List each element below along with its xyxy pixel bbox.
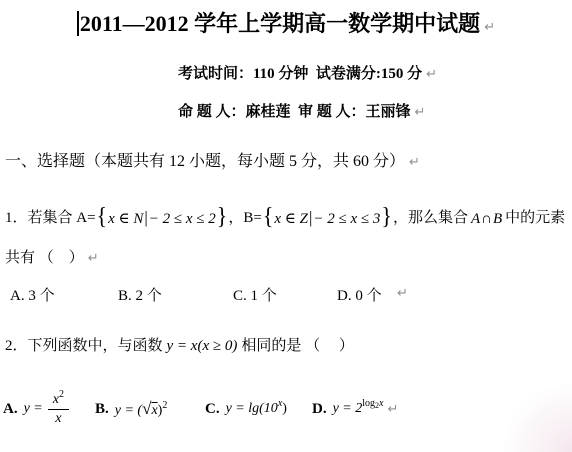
brace-open: { <box>262 201 275 230</box>
q2-option-a-pre: y = <box>24 401 43 417</box>
q1-options-row: A. 3 个 B. 2 个 C. 1 个 D. 0 个 ↵ <box>0 284 572 306</box>
num-exponent: 2 <box>59 389 64 400</box>
q1-option-a: A. 3 个 <box>10 284 55 305</box>
q2-option-c: C. y = lg(10x) <box>205 380 287 438</box>
q1-intersection-formula: A∩B <box>471 211 502 228</box>
q2-option-a-fraction: x2 x <box>48 391 69 427</box>
paragraph-mark-icon: ↵ <box>409 155 420 170</box>
q1-set-a-cond: − 2 ≤ x ≤ 2 <box>149 211 216 227</box>
q1-set-b: {x ∈ Z|− 2 ≤ x ≤ 3} <box>262 203 393 229</box>
paragraph-mark-icon: ↵ <box>88 251 99 266</box>
question-1-line-2: 共有 （ ）↵ <box>5 246 99 267</box>
q1-lead: 1．若集合 A= <box>5 206 96 227</box>
log-function: log <box>362 398 375 409</box>
brace-close: } <box>380 201 393 230</box>
formula-pre: y = ( <box>115 403 142 418</box>
q1-option-d: D. 0 个 <box>337 284 382 305</box>
page-title: 2011—2012 学年上学期高一数学期中试题 <box>80 11 480 36</box>
q2-options-row: A. y = x2 x B. y = (√x)2 C. y = lg(10x) … <box>0 380 572 438</box>
section-heading-line: 一、选择题（本题共有 12 小题，每小题 5 分，共 60 分）↵ <box>5 148 420 171</box>
paragraph-mark-icon: ↵ <box>484 20 495 35</box>
q1-tail: 中的元素 <box>505 206 565 227</box>
q1-inter-b: B <box>493 211 502 227</box>
fraction-denominator: x <box>48 409 69 427</box>
formula-close: ) <box>282 401 287 416</box>
q2-tail: 相同的是 （ ） <box>241 334 354 355</box>
q2-option-c-formula: y = lg(10x) <box>226 401 287 417</box>
brace-close: } <box>216 201 229 230</box>
q1-set-b-body: x ∈ Z <box>274 211 308 227</box>
q2-option-a-label: A. <box>3 401 18 418</box>
question-1-line-1: 1．若集合 A={x ∈ N|− 2 ≤ x ≤ 2}，B={x ∈ Z|− 2… <box>5 198 570 234</box>
q1-option-c: C. 1 个 <box>233 284 277 305</box>
q1-inter-a: A <box>471 211 480 227</box>
exam-info-line: 考试时间：110 分钟 试卷满分:150 分↵ <box>178 62 437 83</box>
q2-option-b: B. y = (√x)2 <box>95 380 167 438</box>
question-2-line: 2．下列函数中，与函数 y = x(x ≥ 0) 相同的是 （ ） <box>5 328 354 360</box>
q1-after: ，那么集合 <box>393 206 468 227</box>
exponent: 2 <box>162 400 167 411</box>
exam-info-text: 考试时间：110 分钟 试卷满分:150 分 <box>178 66 422 82</box>
q2-option-b-label: B. <box>95 401 109 418</box>
exponent: x <box>278 398 282 409</box>
paragraph-mark-icon: ↵ <box>415 105 426 120</box>
q1-line2-text: 共有 （ ） <box>5 250 84 266</box>
q2-option-c-label: C. <box>205 401 220 418</box>
title-row: 2011—2012 学年上学期高一数学期中试题↵ <box>0 8 572 44</box>
authors-text: 命 题 人：麻桂莲 审 题 人：王丽锋 <box>178 104 411 120</box>
brace-open: { <box>96 201 109 230</box>
log-base: 2 <box>375 401 379 410</box>
q2-option-d: D. y = 2log2x ↵ <box>312 380 398 438</box>
q1-between: ，B= <box>228 206 261 227</box>
document-page[interactable]: 2011—2012 学年上学期高一数学期中试题↵ 考试时间：110 分钟 试卷满… <box>0 0 572 452</box>
intersection-icon: ∩ <box>480 211 493 227</box>
paragraph-mark-icon: ↵ <box>397 286 408 301</box>
q1-set-a-body: x ∈ N <box>108 211 143 227</box>
exponent-group: log2x <box>362 398 383 409</box>
q1-option-b: B. 2 个 <box>118 284 162 305</box>
q2-lead: 2．下列函数中，与函数 <box>5 334 163 355</box>
paragraph-mark-icon: ↵ <box>388 402 399 417</box>
q2-option-d-label: D. <box>312 401 327 418</box>
section-heading: 一、选择题（本题共有 12 小题，每小题 5 分，共 60 分） <box>5 153 405 170</box>
authors-line: 命 题 人：麻桂莲 审 题 人：王丽锋↵ <box>178 100 425 121</box>
log-argument: x <box>379 398 383 409</box>
q2-formula: y = x(x ≥ 0) <box>167 338 238 355</box>
q1-set-b-cond: − 2 ≤ x ≤ 3 <box>313 211 380 227</box>
q2-option-a: A. y = x2 x <box>3 380 69 438</box>
paragraph-mark-icon: ↵ <box>426 67 437 82</box>
formula-pre: y = lg(10 <box>226 401 278 416</box>
formula-base: y = 2 <box>333 401 363 416</box>
fraction-numerator: x2 <box>48 391 69 409</box>
q2-option-d-formula: y = 2log2x <box>333 401 384 417</box>
text-cursor-caret <box>77 11 79 36</box>
q2-option-b-formula: y = (√x)2 <box>115 399 168 419</box>
q1-set-a: {x ∈ N|− 2 ≤ x ≤ 2} <box>96 203 229 229</box>
